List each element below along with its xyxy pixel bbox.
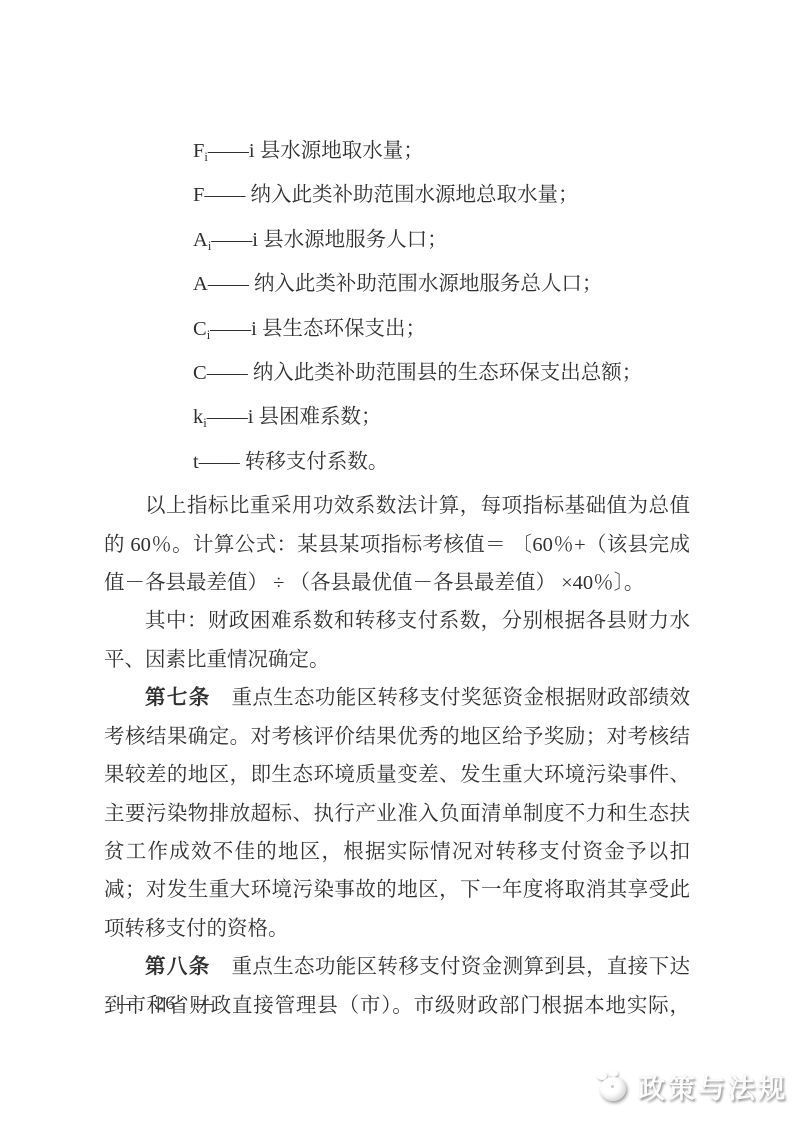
definition-line: Ai——i 县水源地服务人口；	[104, 221, 690, 265]
paragraph-line: 以上指标比重采用功效系数法计算，每项指标基础值为总值	[104, 487, 690, 525]
paragraph-line: 果较差的地区，即生态环境质量变差、发生重大环境污染事件、	[104, 756, 690, 794]
paragraph-line: 项转移支付的资格。	[104, 910, 690, 948]
definition-text: ——i 县困难系数；	[207, 406, 382, 428]
paragraph-line: 其中：财政困难系数和转移支付系数，分别根据各县财力水	[104, 602, 690, 640]
paragraph-line: 的 60％。计算公式：某县某项指标考核值＝ 〔60％+（该县完成	[104, 526, 690, 564]
paragraph-line: 值－各县最差值） ÷ （各县最优值－各县最差值） ×40％〕。	[104, 564, 690, 602]
definition-symbol: C	[193, 318, 207, 340]
definition-text: —— 纳入此类补助范围水源地总取水量；	[204, 184, 578, 206]
definition-text: —— 转移支付系数。	[199, 451, 389, 473]
definition-symbol: C	[193, 362, 207, 384]
definition-symbol: k	[193, 406, 203, 428]
definition-line: A—— 纳入此类补助范围水源地服务总人口；	[104, 265, 690, 309]
definition-text: ——i 县水源地服务人口；	[211, 229, 447, 251]
watermark-label: 政策与法规	[638, 1067, 788, 1106]
paragraph-line: 主要污染物排放超标、执行产业准入负面清单制度不力和生态扶	[104, 795, 690, 833]
article-7-term: 第七条	[145, 686, 211, 709]
definition-text: —— 纳入此类补助范围水源地服务总人口；	[208, 273, 603, 295]
definition-line: Fi——i 县水源地取水量；	[104, 132, 690, 176]
article-8-term: 第八条	[145, 955, 211, 978]
paragraph-line: 平、因素比重情况确定。	[104, 641, 690, 679]
paragraph-text: 重点生态功能区转移支付奖惩资金根据财政部绩效	[211, 687, 690, 709]
definition-symbol: A	[193, 273, 208, 295]
paragraph-line: 考核结果确定。对考核评价结果优秀的地区给予奖励；对考核结	[104, 718, 690, 756]
watermark: 政策与法规	[597, 1065, 788, 1107]
paragraph-line: 第八条 重点生态功能区转移支付资金测算到县，直接下达	[104, 948, 690, 986]
document-body: Fi——i 县水源地取水量； F—— 纳入此类补助范围水源地总取水量； Ai——…	[104, 132, 690, 1025]
definition-text: —— 纳入此类补助范围县的生态环保支出总额；	[207, 362, 643, 384]
definition-text: ——i 县水源地取水量；	[208, 140, 424, 162]
definition-line: F—— 纳入此类补助范围水源地总取水量；	[104, 176, 690, 220]
definition-line: t—— 转移支付系数。	[104, 443, 690, 487]
definition-symbol: F	[193, 140, 204, 162]
paragraph-text: 重点生态功能区转移支付资金测算到县，直接下达	[211, 956, 690, 978]
document-page: Fi——i 县水源地取水量； F—— 纳入此类补助范围水源地总取水量； Ai——…	[0, 0, 794, 1123]
definition-symbol: A	[193, 229, 208, 251]
page-number: — 26 —	[117, 993, 214, 1015]
definition-line: C—— 纳入此类补助范围县的生态环保支出总额；	[104, 354, 690, 398]
definition-line: ki——i 县困难系数；	[104, 398, 690, 442]
definition-line: Ci——i 县生态环保支出；	[104, 310, 690, 354]
definition-text: ——i 县生态环保支出；	[210, 318, 426, 340]
paragraph-line: 贫工作成效不佳的地区，根据实际情况对转移支付资金予以扣	[104, 833, 690, 871]
mascot-logo-icon	[597, 1071, 629, 1101]
paragraph-line: 第七条 重点生态功能区转移支付奖惩资金根据财政部绩效	[104, 679, 690, 717]
paragraph-line: 减；对发生重大环境污染事故的地区，下一年度将取消其享受此	[104, 871, 690, 909]
definition-symbol: F	[193, 184, 204, 206]
